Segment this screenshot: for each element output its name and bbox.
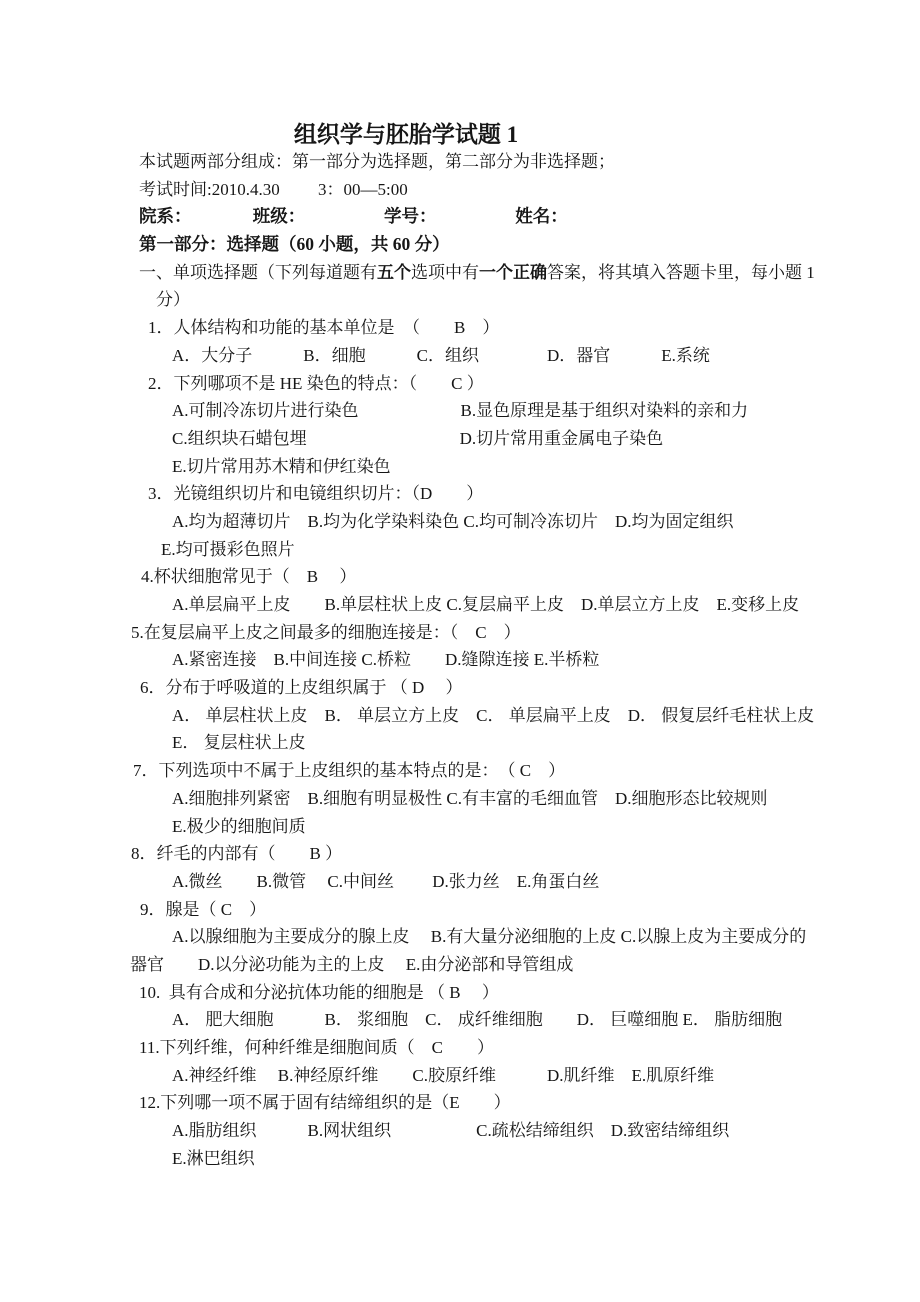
text-segment: 3．光镜组织切片和电镜组织切片：（D ） [148, 484, 483, 503]
text-segment: 分） [156, 290, 190, 309]
text-line: E． 复层柱状上皮 [0, 729, 920, 757]
text-line: 11.下列纤维，何种纤维是细胞间质（ C ） [0, 1034, 920, 1062]
text-segment: 一、单项选择题（下列每道题有 [139, 263, 377, 282]
text-line: E.淋巴组织 [0, 1145, 920, 1173]
text-segment: A． 单层柱状上皮 B． 单层立方上皮 C． 单层扁平上皮 D． 假复层纤毛柱状… [172, 706, 814, 725]
text-segment: A.紧密连接 B.中间连接 C.桥粒 D.缝隙连接 E.半桥粒 [172, 650, 599, 669]
text-segment: E.极少的细胞间质 [172, 817, 306, 836]
page-title: 组织学与胚胎学试题 1 [0, 121, 812, 149]
text-line: A． 单层柱状上皮 B． 单层立方上皮 C． 单层扁平上皮 D． 假复层纤毛柱状… [0, 702, 920, 730]
text-segment: 考试时间:2010.4.30 3：00—5:00 [139, 180, 408, 199]
text-line: A.脂肪组织 B.网状组织 C.疏松结缔组织 D.致密结缔组织 [0, 1117, 920, 1145]
text-segment: A．大分子 B．细胞 C．组织 D．器官 E.系统 [172, 346, 710, 365]
text-segment: 5.在复层扁平上皮之间最多的细胞连接是：（ C ） [131, 623, 521, 642]
text-segment: 9．腺是（ C ） [140, 900, 266, 919]
text-segment: 器官 D.以分泌功能为主的上皮 E.由分泌部和导管组成 [130, 955, 573, 974]
text-line: E.均可摄彩色照片 [0, 536, 920, 564]
text-line: 分） [0, 286, 920, 314]
text-line: 7．下列选项中不属于上皮组织的基本特点的是： （ C ） [0, 757, 920, 785]
text-segment: 答案，将其填入答题卡里，每小题 1 [547, 263, 815, 282]
text-line: 一、单项选择题（下列每道题有五个选项中有一个正确答案，将其填入答题卡里，每小题 … [0, 259, 920, 287]
text-line: E.切片常用苏木精和伊红染色 [0, 453, 920, 481]
text-line: 本试题两部分组成：第一部分为选择题，第二部分为非选择题； [0, 148, 920, 176]
text-line: A.神经纤维 B.神经原纤维 C.胶原纤维 D.肌纤维 E.肌原纤维 [0, 1062, 920, 1090]
text-segment: 6．分布于呼吸道的上皮组织属于 （ D ） [140, 678, 463, 697]
text-segment: E.切片常用苏木精和伊红染色 [172, 457, 391, 476]
text-line: 考试时间:2010.4.30 3：00—5:00 [0, 176, 920, 204]
text-line: 6．分布于呼吸道的上皮组织属于 （ D ） [0, 674, 920, 702]
text-segment: 4.杯状细胞常见于（ B ） [141, 567, 356, 586]
emphasized-text: 一个正确 [479, 263, 547, 282]
text-segment: 选项中有 [411, 263, 479, 282]
text-line: 器官 D.以分泌功能为主的上皮 E.由分泌部和导管组成 [0, 951, 920, 979]
text-segment: A.微丝 B.微管 C.中间丝 D.张力丝 E.角蛋白丝 [172, 872, 599, 891]
text-line: C.组织块石蜡包埋 D.切片常用重金属电子染色 [0, 425, 920, 453]
text-segment: 10. 具有合成和分泌抗体功能的细胞是 （ B ） [139, 983, 499, 1002]
text-segment: C.组织块石蜡包埋 D.切片常用重金属电子染色 [172, 429, 663, 448]
text-segment: A.均为超薄切片 B.均为化学染料染色 C.均可制冷冻切片 D.均为固定组织 [172, 512, 733, 531]
text-line: A.可制冷冻切片进行染色 B.显色原理是基于组织对染料的亲和力 [0, 397, 920, 425]
emphasized-text: 院系： 班级： 学号： 姓名： [139, 206, 568, 226]
text-line: 5.在复层扁平上皮之间最多的细胞连接是：（ C ） [0, 619, 920, 647]
text-segment: 8．纤毛的内部有（ B ） [131, 844, 342, 863]
text-segment: A.细胞排列紧密 B.细胞有明显极性 C.有丰富的毛细血管 D.细胞形态比较规则 [172, 789, 767, 808]
text-segment: A.神经纤维 B.神经原纤维 C.胶原纤维 D.肌纤维 E.肌原纤维 [172, 1066, 714, 1085]
emphasized-text: 五个 [377, 263, 411, 282]
document-body: 本试题两部分组成：第一部分为选择题，第二部分为非选择题；考试时间:2010.4.… [0, 148, 920, 1172]
text-line: 1．人体结构和功能的基本单位是 （ B ） [0, 314, 920, 342]
text-line: 3．光镜组织切片和电镜组织切片：（D ） [0, 480, 920, 508]
text-line: A．大分子 B．细胞 C．组织 D．器官 E.系统 [0, 342, 920, 370]
text-segment: 11.下列纤维，何种纤维是细胞间质（ C ） [139, 1038, 494, 1057]
text-line: E.极少的细胞间质 [0, 813, 920, 841]
text-line: A． 肥大细胞 B． 浆细胞 C． 成纤维细胞 D． 巨噬细胞 E． 脂肪细胞 [0, 1006, 920, 1034]
text-line: A.以腺细胞为主要成分的腺上皮 B.有大量分泌细胞的上皮 C.以腺上皮为主要成分… [0, 923, 920, 951]
text-segment: 7．下列选项中不属于上皮组织的基本特点的是： （ C ） [133, 761, 565, 780]
text-segment: A.以腺细胞为主要成分的腺上皮 B.有大量分泌细胞的上皮 C.以腺上皮为主要成分… [172, 927, 806, 946]
text-line: 12.下列哪一项不属于固有结缔组织的是（E ） [0, 1089, 920, 1117]
emphasized-text: 第一部分：选择题（60 小题，共 60 分） [139, 234, 450, 254]
text-segment: A.可制冷冻切片进行染色 B.显色原理是基于组织对染料的亲和力 [172, 401, 748, 420]
text-segment: 2．下列哪项不是 HE 染色的特点：（ C ） [148, 374, 484, 393]
text-line: 8．纤毛的内部有（ B ） [0, 840, 920, 868]
text-line: A.微丝 B.微管 C.中间丝 D.张力丝 E.角蛋白丝 [0, 868, 920, 896]
document-page: 组织学与胚胎学试题 1 本试题两部分组成：第一部分为选择题，第二部分为非选择题；… [0, 0, 920, 1302]
text-segment: 本试题两部分组成：第一部分为选择题，第二部分为非选择题； [139, 152, 615, 171]
text-segment: A.单层扁平上皮 B.单层柱状上皮 C.复层扁平上皮 D.单层立方上皮 E.变移… [172, 595, 799, 614]
text-line: 10. 具有合成和分泌抗体功能的细胞是 （ B ） [0, 979, 920, 1007]
text-segment: 1．人体结构和功能的基本单位是 （ B ） [148, 318, 499, 337]
text-segment: E.均可摄彩色照片 [161, 540, 295, 559]
text-segment: 12.下列哪一项不属于固有结缔组织的是（E ） [139, 1093, 511, 1112]
text-line: 4.杯状细胞常见于（ B ） [0, 563, 920, 591]
text-line: 9．腺是（ C ） [0, 896, 920, 924]
text-line: A.紧密连接 B.中间连接 C.桥粒 D.缝隙连接 E.半桥粒 [0, 646, 920, 674]
text-segment: E.淋巴组织 [172, 1149, 255, 1168]
text-line: 2．下列哪项不是 HE 染色的特点：（ C ） [0, 370, 920, 398]
text-segment: E． 复层柱状上皮 [172, 733, 306, 752]
text-line: 院系： 班级： 学号： 姓名： [0, 203, 920, 231]
text-line: A.均为超薄切片 B.均为化学染料染色 C.均可制冷冻切片 D.均为固定组织 [0, 508, 920, 536]
text-segment: A． 肥大细胞 B． 浆细胞 C． 成纤维细胞 D． 巨噬细胞 E． 脂肪细胞 [172, 1010, 782, 1029]
text-line: A.单层扁平上皮 B.单层柱状上皮 C.复层扁平上皮 D.单层立方上皮 E.变移… [0, 591, 920, 619]
text-line: A.细胞排列紧密 B.细胞有明显极性 C.有丰富的毛细血管 D.细胞形态比较规则 [0, 785, 920, 813]
text-line: 第一部分：选择题（60 小题，共 60 分） [0, 231, 920, 259]
text-segment: A.脂肪组织 B.网状组织 C.疏松结缔组织 D.致密结缔组织 [172, 1121, 729, 1140]
